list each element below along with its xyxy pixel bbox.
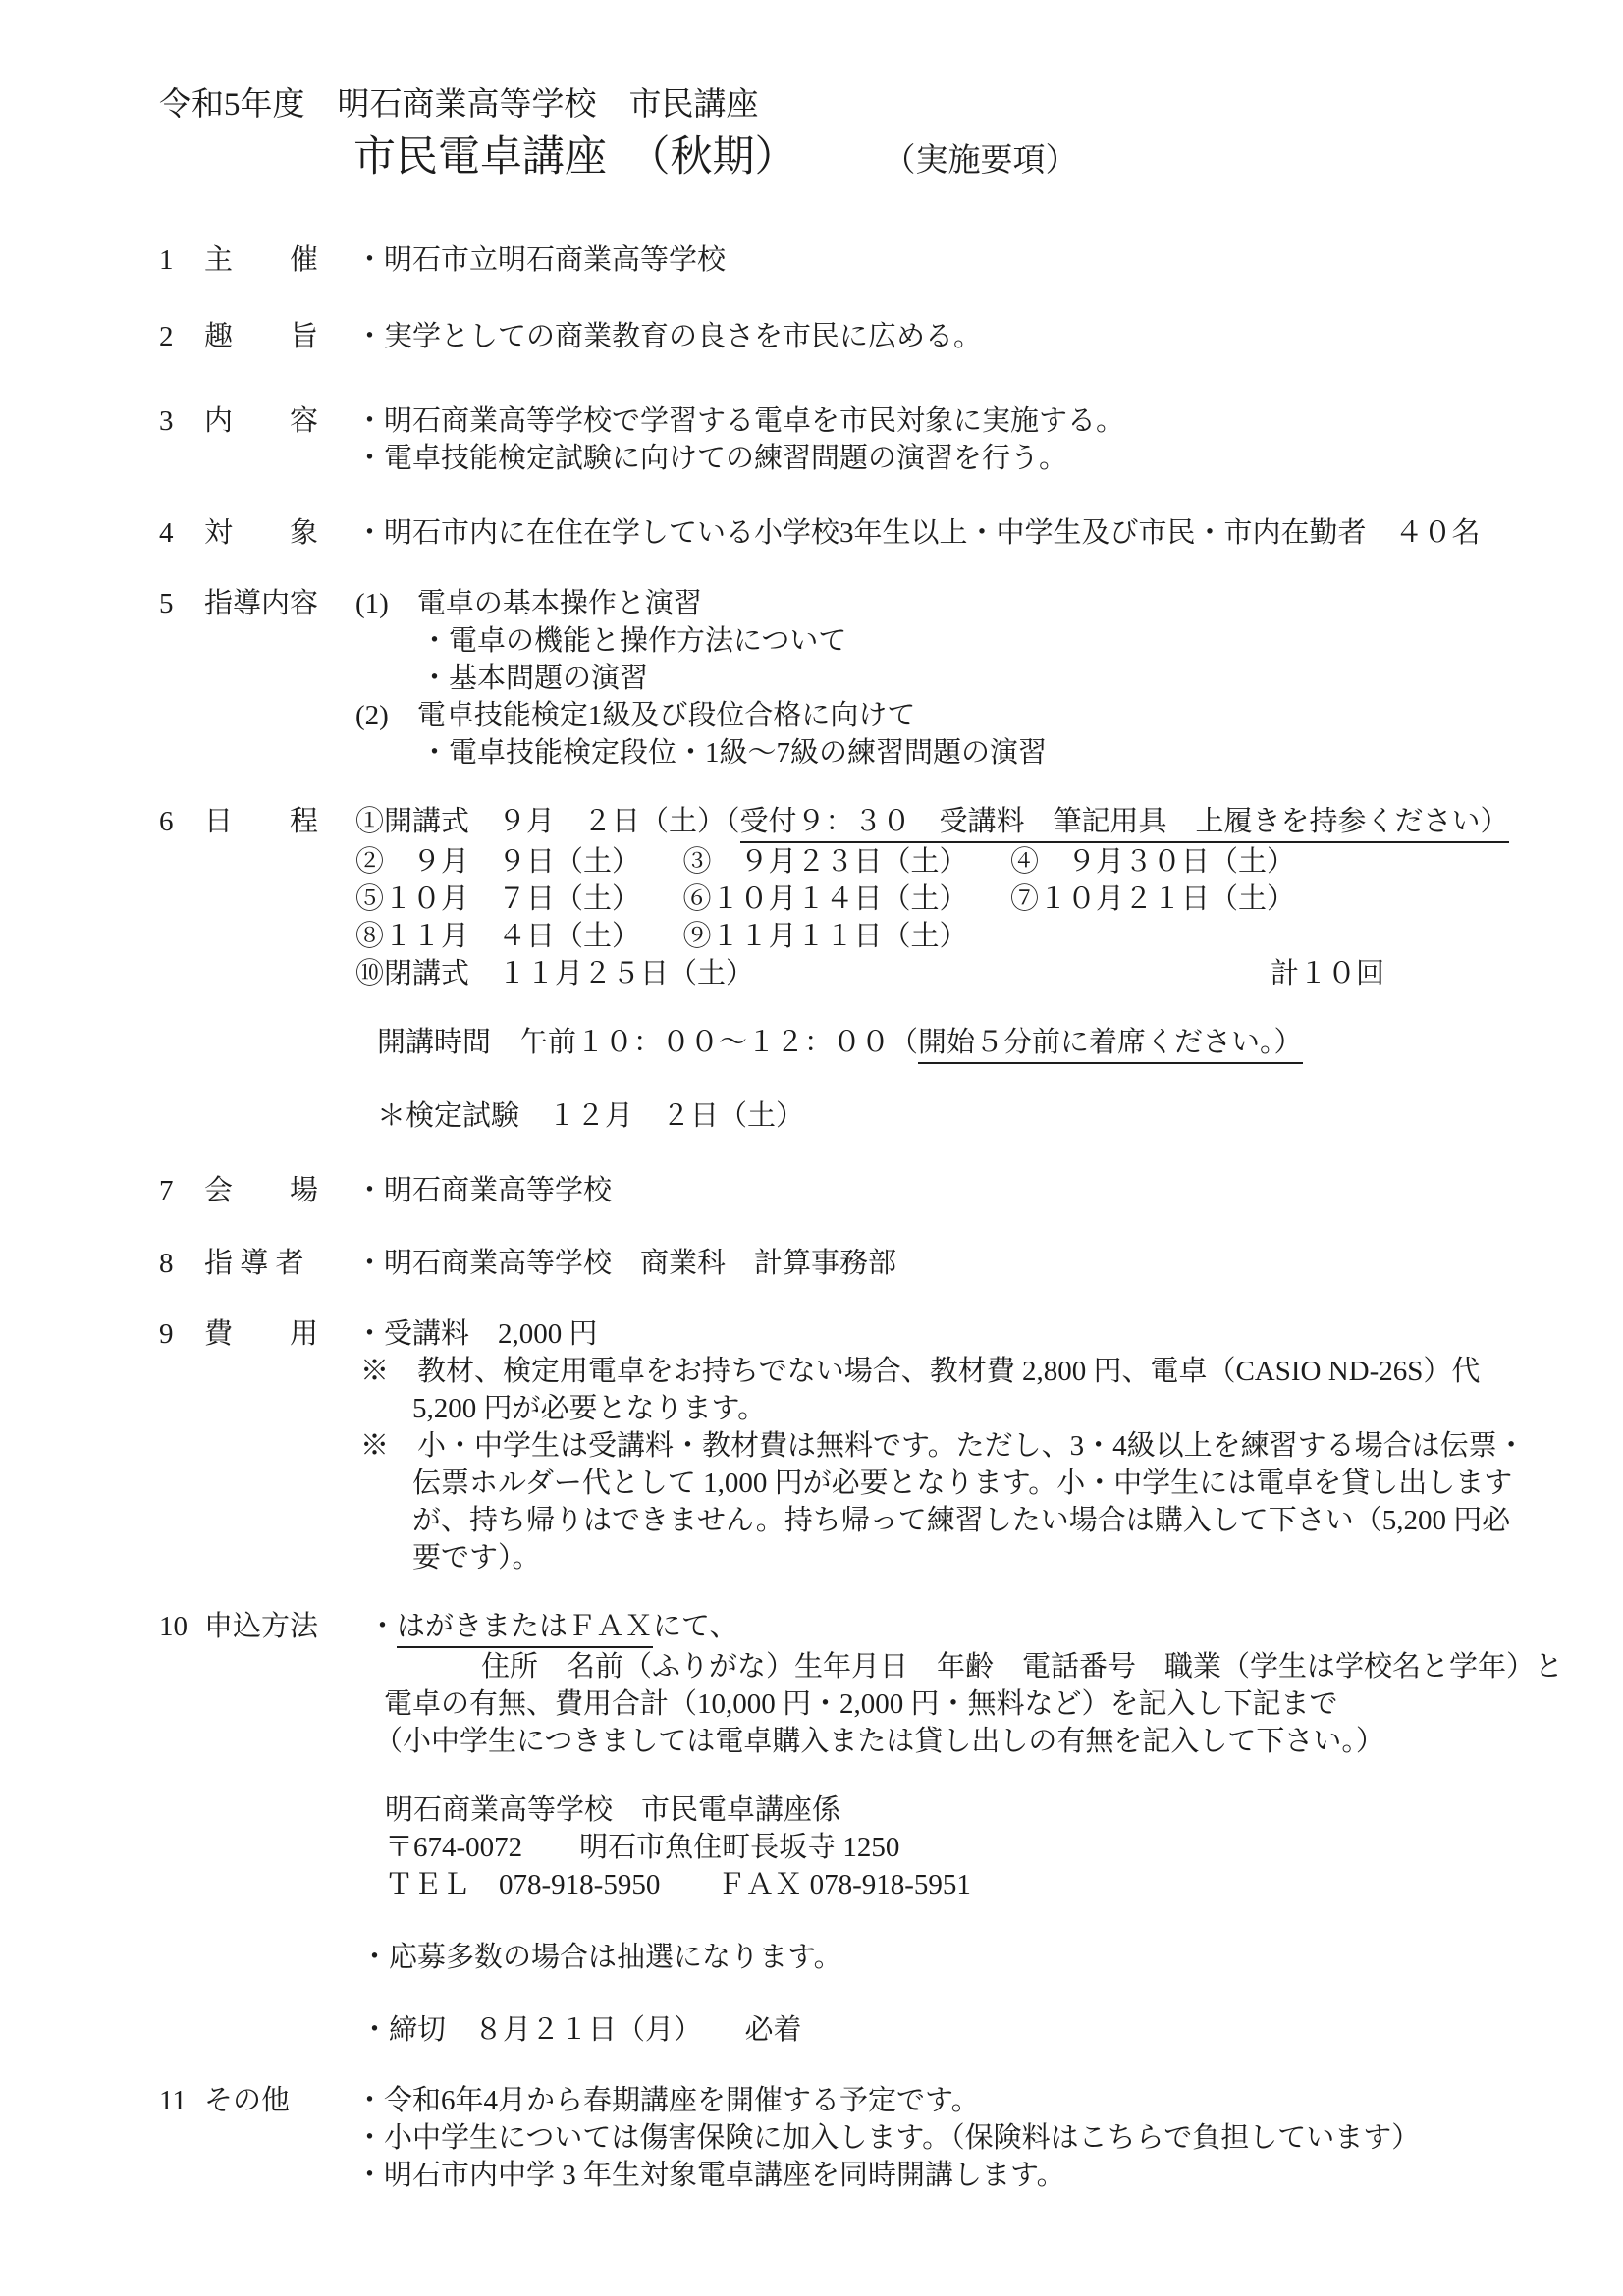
section-6-schedule: 6 日 程 ①開講式 ９月 ２日（土）（受付９：３０ 受講料 筆記用具 上履きを…: [159, 803, 1532, 992]
doc-line: ② ９月 ９日（土） ③ ９月２３日（土） ④ ９月３０日（土）: [159, 843, 1532, 881]
doc-line: ・基本問題の演習: [159, 660, 1532, 697]
section-number: 7: [159, 1172, 204, 1209]
schedule-day10: ⑩閉講式 １１月２５日（土）: [355, 955, 754, 992]
section-label: 内 容: [204, 402, 324, 440]
apply-required-info: 電卓の有無、費用合計（10,000 円・2,000 円・無料など）を記入し下記ま…: [384, 1685, 1338, 1723]
other-note-spring: ・令和6年4月から春期講座を開催する予定です。: [355, 2082, 980, 2119]
doc-line: 伝票ホルダー代として 1,000 円が必要となります。小・中学生には電卓を貸し出…: [159, 1465, 1532, 1502]
underlined-apply-method: はがきまたはＦＡＸ: [397, 1608, 653, 1648]
fee-note-materials-cont: 5,200 円が必要となります。: [412, 1390, 766, 1427]
underlined-seating-note: 開始５分前に着席ください。）: [918, 1024, 1303, 1064]
doc-line: 8 指 導 者 ・明石商業高等学校 商業科 計算事務部: [159, 1245, 1532, 1282]
section-label: 指導内容: [204, 585, 324, 622]
section-10-deadline: ・締切 ８月２１日（月） 必着: [159, 2011, 1532, 2049]
apply-required-info: （小中学生につきましては電卓購入または貸し出しの有無を記入して下さい。）: [374, 1723, 1384, 1760]
doc-line: 10 申込方法 ・はがきまたはＦＡＸにて、: [159, 1608, 1532, 1648]
section-1-organizer: 1 主 催 ・明石市立明石商業高等学校: [159, 241, 1532, 279]
doc-line: （小中学生につきましては電卓購入または貸し出しの有無を記入して下さい。）: [159, 1723, 1532, 1760]
section-10-application: 10 申込方法 ・はがきまたはＦＡＸにて、 住所 名前（ふりがな）生年月日 年齢…: [159, 1608, 1532, 1760]
section-content: ・明石商業高等学校: [355, 1172, 612, 1209]
section-label: 日 程: [204, 803, 324, 840]
doc-line: ⑧１１月 ４日（土） ⑨１１月１１日（土）: [159, 918, 1532, 955]
section-number: 8: [159, 1245, 204, 1282]
doc-line: ・明石市内中学 3 年生対象電卓講座を同時開講します。: [159, 2157, 1532, 2194]
mailing-address: 〒674-0072 明石市魚住町長坂寺 1250: [385, 1829, 899, 1866]
doc-line: 6 日 程 ①開講式 ９月 ２日（土）（受付９：３０ 受講料 筆記用具 上履きを…: [159, 803, 1532, 843]
section-content: ・明石市立明石商業高等学校: [355, 241, 726, 279]
apply-required-info: 住所 名前（ふりがな）生年月日 年齢 電話番号 職業（学生は学校名と学年）と: [481, 1648, 1563, 1685]
doc-line: 7 会 場 ・明石商業高等学校: [159, 1172, 1532, 1209]
doc-line: 開講時間 午前１０：００～１２：００（開始５分前に着席ください。）: [159, 1024, 1532, 1064]
doc-line: 3 内 容 ・明石商業高等学校で学習する電卓を市民対象に実施する。: [159, 402, 1532, 440]
section-label: 対 象: [204, 514, 324, 552]
doc-line: 要です）。: [159, 1539, 1532, 1576]
section-content: (1) 電卓の基本操作と演習: [355, 585, 702, 622]
section-11-other: 11 その他 ・令和6年4月から春期講座を開催する予定です。 ・小中学生について…: [159, 2082, 1532, 2194]
section-label: 指 導 者: [204, 1245, 324, 1282]
course-hours: 開講時間 午前１０：００～１２：００（: [377, 1024, 918, 1061]
fee-note-students-cont: が、持ち帰りはできません。持ち帰って練習したい場合は購入して下さい（5,200 …: [412, 1502, 1510, 1539]
certification-exam-date: ＊検定試験 １２月 ２日（土）: [377, 1097, 804, 1135]
fee-note-students-cont: 伝票ホルダー代として 1,000 円が必要となります。小・中学生には電卓を貸し出…: [412, 1465, 1512, 1502]
doc-line: ・電卓の機能と操作方法について: [159, 622, 1532, 660]
section-number: 1: [159, 241, 204, 279]
doc-line: 電卓の有無、費用合計（10,000 円・2,000 円・無料など）を記入し下記ま…: [159, 1685, 1532, 1723]
fee-amount: ・受講料 2,000 円: [355, 1315, 598, 1353]
doc-line: ・小中学生については傷害保険に加入します。（保険料はこちらで負担しています）: [159, 2119, 1532, 2157]
section-content: ・電卓の機能と操作方法について: [420, 622, 846, 660]
schedule-days-5-7: ⑤１０月 ７日（土） ⑥１０月１４日（土） ⑦１０月２１日（土）: [355, 881, 1295, 918]
apply-method-tail: にて、: [653, 1608, 737, 1645]
doc-line: 4 対 象 ・明石市内に在住在学している小学校3年生以上・中学生及び市民・市内在…: [159, 514, 1532, 552]
section-label: 主 催: [204, 241, 324, 279]
doc-line: 明石商業高等学校 市民電卓講座係: [159, 1791, 1532, 1829]
doc-title: 市民電卓講座 （秋期）: [353, 128, 797, 188]
section-5-instruction: 5 指導内容 (1) 電卓の基本操作と演習 ・電卓の機能と操作方法について ・基…: [159, 585, 1532, 772]
doc-line: 〒674-0072 明石市魚住町長坂寺 1250: [159, 1829, 1532, 1866]
section-2-purpose: 2 趣 旨 ・実学としての商業教育の良さを市民に広める。: [159, 318, 1532, 355]
section-number: 9: [159, 1315, 204, 1353]
doc-line: (2) 電卓技能検定1級及び段位合格に向けて: [159, 697, 1532, 734]
fee-note-students: ※ 小・中学生は受講料・教材費は無料です。ただし、3・4級以上を練習する場合は伝…: [360, 1427, 1526, 1465]
section-number: 6: [159, 803, 204, 840]
application-deadline: ・締切 ８月２１日（月） 必着: [360, 2011, 802, 2049]
section-content: ・明石商業高等学校 商業科 計算事務部: [355, 1245, 896, 1282]
doc-line: 11 その他 ・令和6年4月から春期講座を開催する予定です。: [159, 2082, 1532, 2119]
schedule-days-2-4: ② ９月 ９日（土） ③ ９月２３日（土） ④ ９月３０日（土）: [355, 843, 1295, 881]
doc-line: ＊検定試験 １２月 ２日（土）: [159, 1097, 1532, 1135]
doc-title-row: 市民電卓講座 （秋期） （実施要項）: [159, 128, 1532, 188]
section-6-time: 開講時間 午前１０：００～１２：００（開始５分前に着席ください。）: [159, 1024, 1532, 1064]
doc-line: ・電卓技能検定段位・1級～7級の練習問題の演習: [159, 734, 1532, 772]
doc-line: ・応募多数の場合は抽選になります。: [159, 1939, 1532, 1976]
section-content: ・電卓技能検定試験に向けての練習問題の演習を行う。: [355, 440, 1067, 477]
section-4-target: 4 対 象 ・明石市内に在住在学している小学校3年生以上・中学生及び市民・市内在…: [159, 514, 1532, 552]
section-10-address: 明石商業高等学校 市民電卓講座係 〒674-0072 明石市魚住町長坂寺 125…: [159, 1791, 1532, 1903]
fee-note-materials: ※ 教材、検定用電卓をお持ちでない場合、教材費 2,800 円、電卓（CASIO…: [360, 1353, 1480, 1390]
doc-line: ⑤１０月 ７日（土） ⑥１０月１４日（土） ⑦１０月２１日（土）: [159, 881, 1532, 918]
bullet: ・: [355, 1608, 397, 1645]
doc-line: が、持ち帰りはできません。持ち帰って練習したい場合は購入して下さい（5,200 …: [159, 1502, 1532, 1539]
section-3-contents: 3 内 容 ・明石商業高等学校で学習する電卓を市民対象に実施する。 ・電卓技能検…: [159, 402, 1532, 477]
section-8-instructors: 8 指 導 者 ・明石商業高等学校 商業科 計算事務部: [159, 1245, 1532, 1282]
doc-line: 住所 名前（ふりがな）生年月日 年齢 電話番号 職業（学生は学校名と学年）と: [159, 1648, 1532, 1685]
section-content: ・実学としての商業教育の良さを市民に広める。: [355, 318, 982, 355]
doc-subtitle: （実施要項）: [884, 134, 1078, 181]
section-number: 2: [159, 318, 204, 355]
section-10-lottery-note: ・応募多数の場合は抽選になります。: [159, 1939, 1532, 1976]
section-7-venue: 7 会 場 ・明石商業高等学校: [159, 1172, 1532, 1209]
other-note-junior-high: ・明石市内中学 3 年生対象電卓講座を同時開講します。: [355, 2157, 1065, 2194]
section-content: ・明石商業高等学校で学習する電卓を市民対象に実施する。: [355, 402, 1124, 440]
doc-meta-line: 令和5年度 明石商業高等学校 市民講座: [159, 82, 1532, 128]
underlined-reception-note: 受付９：３０ 受講料 筆記用具 上履きを持参ください）: [740, 803, 1509, 843]
section-label: その他: [204, 2082, 324, 2119]
doc-line: 9 費 用 ・受講料 2,000 円: [159, 1315, 1532, 1353]
section-content: ・電卓技能検定段位・1級～7級の練習問題の演習: [420, 734, 1047, 772]
doc-line: 1 主 催 ・明石市立明石商業高等学校: [159, 241, 1532, 279]
section-number: 4: [159, 514, 204, 552]
section-9-fees: 9 費 用 ・受講料 2,000 円 ※ 教材、検定用電卓をお持ちでない場合、教…: [159, 1315, 1532, 1576]
mailing-recipient: 明石商業高等学校 市民電卓講座係: [385, 1791, 840, 1829]
doc-line: ＴＥＬ 078-918-5950 ＦＡＸ 078-918-5951: [159, 1866, 1532, 1903]
section-number: 5: [159, 585, 204, 622]
schedule-days-8-9: ⑧１１月 ４日（土） ⑨１１月１１日（土）: [355, 918, 968, 955]
doc-line: ・電卓技能検定試験に向けての練習問題の演習を行う。: [159, 440, 1532, 477]
fee-note-students-cont: 要です）。: [412, 1539, 541, 1576]
document-page: 令和5年度 明石商業高等学校 市民講座 市民電卓講座 （秋期） （実施要項） 1…: [0, 0, 1623, 2296]
schedule-day1: ①開講式 ９月 ２日（土）（: [355, 803, 740, 840]
section-content: ・基本問題の演習: [420, 660, 648, 697]
doc-line: ※ 小・中学生は受講料・教材費は無料です。ただし、3・4級以上を練習する場合は伝…: [159, 1427, 1532, 1465]
tel-fax-numbers: ＴＥＬ 078-918-5950 ＦＡＸ 078-918-5951: [385, 1866, 971, 1903]
doc-line: 5 指導内容 (1) 電卓の基本操作と演習: [159, 585, 1532, 622]
doc-line: 5,200 円が必要となります。: [159, 1390, 1532, 1427]
doc-line: 2 趣 旨 ・実学としての商業教育の良さを市民に広める。: [159, 318, 1532, 355]
section-6-exam: ＊検定試験 １２月 ２日（土）: [159, 1097, 1532, 1135]
lottery-note: ・応募多数の場合は抽選になります。: [360, 1939, 842, 1976]
section-number: 11: [159, 2082, 204, 2119]
section-number: 3: [159, 402, 204, 440]
section-label: 費 用: [204, 1315, 324, 1353]
section-label: 趣 旨: [204, 318, 324, 355]
doc-line: ⑩閉講式 １１月２５日（土） 計１０回: [159, 955, 1532, 992]
other-note-insurance: ・小中学生については傷害保険に加入します。（保険料はこちらで負担しています）: [355, 2119, 1420, 2157]
section-content: (2) 電卓技能検定1級及び段位合格に向けて: [355, 697, 915, 734]
section-label: 申込方法: [204, 1608, 324, 1645]
doc-line: ・締切 ８月２１日（月） 必着: [159, 2011, 1532, 2049]
schedule-total-count: 計１０回: [1271, 955, 1384, 992]
section-number: 10: [159, 1608, 204, 1645]
doc-line: ※ 教材、検定用電卓をお持ちでない場合、教材費 2,800 円、電卓（CASIO…: [159, 1353, 1532, 1390]
section-content: ・明石市内に在住在学している小学校3年生以上・中学生及び市民・市内在勤者 ４０名: [355, 514, 1481, 552]
section-label: 会 場: [204, 1172, 324, 1209]
